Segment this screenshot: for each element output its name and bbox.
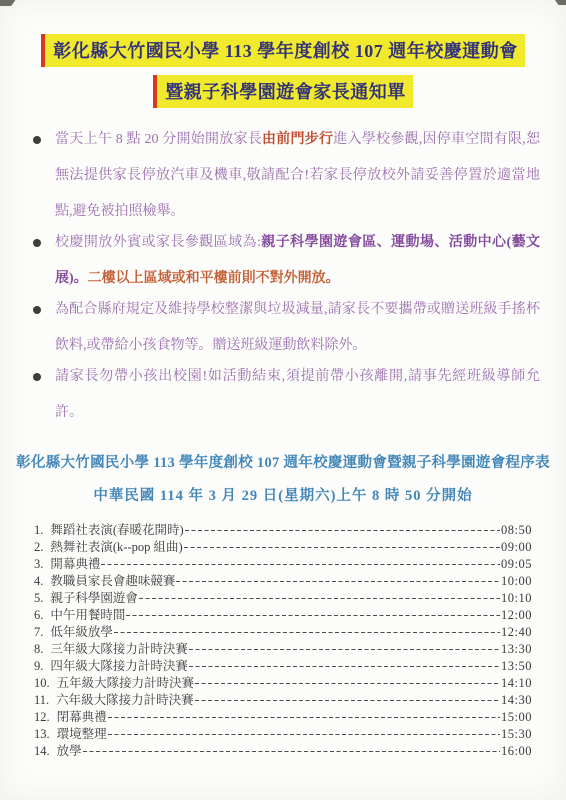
- schedule-row: 1.舞蹈社表演(春暖花開時)08:50: [34, 520, 532, 537]
- dash-leader: [195, 683, 500, 684]
- dash-leader: [83, 751, 500, 752]
- schedule-row: 4.教職員家長會趣味競賽10:00: [34, 571, 532, 588]
- page-title: 彰化縣大竹國民小學 113 學年度創校 107 週年校慶運動會: [41, 34, 525, 67]
- notice-item: 校慶開放外賓或家長參觀區域為:親子科學園遊會區、運動場、活動中心(藝文展)。二樓…: [33, 225, 540, 297]
- dash-leader: [139, 598, 500, 599]
- notice-header: 彰化縣大竹國民小學 113 學年度創校 107 週年校慶運動會 暨親子科學園遊會…: [0, 0, 566, 108]
- schedule-row: 5.親子科學園遊會10:10: [34, 588, 532, 605]
- title-line-2: 暨親子科學園遊會家長通知單: [0, 75, 566, 108]
- bullet-icon: [33, 373, 41, 381]
- schedule-row: 8.三年級大隊接力計時決賽13:30: [34, 639, 532, 656]
- schedule-row-number: 4.: [34, 574, 43, 589]
- program-title: 彰化縣大竹國民小學 113 學年度創校 107 週年校慶運動會暨親子科學園遊會程…: [0, 451, 566, 472]
- dash-leader: [114, 632, 500, 633]
- schedule-row-label: 五年級大隊接力計時決賽: [57, 673, 195, 691]
- schedule-row-label: 環境整理: [57, 724, 107, 742]
- schedule-row-number: 12.: [34, 710, 50, 725]
- notice-text-segment: 為配合縣府規定及維持學校整潔與垃圾減量,請家長不要攜帶或贈送班級手搖杯飲料,或帶…: [55, 302, 540, 353]
- dash-leader: [189, 666, 500, 667]
- dash-leader: [108, 717, 500, 718]
- bullet-icon: [33, 136, 41, 144]
- schedule-row-label: 中午用餐時間: [50, 605, 125, 623]
- schedule-row-number: 7.: [34, 625, 43, 640]
- schedule-row-time: 13:50: [501, 659, 532, 674]
- schedule-row-number: 3.: [34, 557, 43, 572]
- program-date: 中華民國 114 年 3 月 29 日(星期六)上午 8 時 50 分開始: [0, 484, 566, 505]
- dash-leader: [184, 547, 500, 548]
- schedule-row-time: 15:30: [501, 727, 532, 742]
- schedule-row-number: 5.: [34, 591, 43, 606]
- schedule-row-label: 親子科學園遊會: [50, 588, 138, 606]
- schedule-row-time: 14:30: [501, 693, 532, 708]
- notice-text-segment: 由前門步行: [262, 132, 333, 147]
- schedule-row-number: 1.: [34, 523, 43, 538]
- schedule-row: 11.六年級大隊接力計時決賽14:30: [34, 690, 532, 707]
- schedule-row-number: 6.: [34, 608, 43, 623]
- schedule-row-number: 8.: [34, 642, 43, 657]
- notice-text-segment: 當天上午 8 點 20 分開始開放家長: [55, 132, 262, 147]
- schedule-row-time: 12:00: [501, 608, 532, 623]
- schedule-row-time: 08:50: [501, 523, 532, 538]
- bullet-icon: [33, 239, 41, 247]
- schedule-row-number: 9.: [34, 659, 43, 674]
- schedule-row-label: 舞蹈社表演(春暖花開時): [50, 520, 183, 538]
- notice-item: 為配合縣府規定及維持學校整潔與垃圾減量,請家長不要攜帶或贈送班級手搖杯飲料,或帶…: [33, 292, 540, 364]
- dash-leader: [108, 734, 500, 735]
- schedule-row-label: 六年級大隊接力計時決賽: [56, 690, 194, 708]
- schedule-row-label: 開幕典禮: [50, 554, 100, 572]
- title-line-1: 彰化縣大竹國民小學 113 學年度創校 107 週年校慶運動會: [0, 34, 566, 67]
- schedule-row-number: 10.: [34, 676, 50, 691]
- notice-item: 當天上午 8 點 20 分開始開放家長由前門步行進入學校參觀,因停車空間有限,恕…: [33, 122, 540, 230]
- notice-page: 彰化縣大竹國民小學 113 學年度創校 107 週年校慶運動會 暨親子科學園遊會…: [0, 0, 566, 800]
- schedule-row: 13.環境整理15:30: [34, 724, 532, 741]
- schedule-row: 6.中午用餐時間12:00: [34, 605, 532, 622]
- bullet-icon: [33, 306, 41, 314]
- schedule-row-label: 熱舞社表演(k--pop 組曲): [50, 537, 182, 555]
- schedule-row-time: 14:10: [501, 676, 532, 691]
- schedule-row: 7.低年級放學12:40: [34, 622, 532, 639]
- schedule-row: 14.放學16:00: [34, 741, 532, 758]
- schedule-row-time: 12:40: [501, 625, 532, 640]
- schedule-row-label: 低年級放學: [50, 622, 113, 640]
- notice-item: 請家長勿帶小孩出校園!如活動結束,須提前帶小孩離開,請事先經班級導師允許。: [33, 359, 540, 431]
- schedule-row-label: 三年級大隊接力計時決賽: [50, 639, 188, 657]
- schedule-row-label: 教職員家長會趣味競賽: [50, 571, 175, 589]
- schedule-row-number: 14.: [34, 744, 50, 759]
- notice-text-segment: 請家長勿帶小孩出校園!如活動結束,須提前帶小孩離開,請事先經班級導師允許。: [55, 369, 540, 420]
- schedule-row-time: 09:05: [501, 557, 532, 572]
- dash-leader: [185, 530, 500, 531]
- schedule-row: 12.閉幕典禮15:00: [34, 707, 532, 724]
- schedule-row: 10.五年級大隊接力計時決賽14:10: [34, 673, 532, 690]
- schedule-row-label: 閉幕典禮: [57, 707, 107, 725]
- schedule-row-number: 2.: [34, 540, 43, 555]
- schedule-row-time: 13:30: [501, 642, 532, 657]
- notice-text-segment: 二樓以上區域或和平樓前則不對外開放。: [88, 271, 340, 286]
- notice-text-segment: 校慶開放外賓或家長參觀區域為:: [55, 235, 261, 250]
- schedule-row-number: 13.: [34, 727, 50, 742]
- schedule-row-label: 放學: [57, 741, 82, 759]
- schedule-row: 3.開幕典禮09:05: [34, 554, 532, 571]
- schedule-row-label: 四年級大隊接力計時決賽: [50, 656, 188, 674]
- schedule-row-time: 16:00: [501, 744, 532, 759]
- notice-list: 當天上午 8 點 20 分開始開放家長由前門步行進入學校參觀,因停車空間有限,恕…: [0, 122, 566, 431]
- dash-leader: [126, 615, 500, 616]
- schedule-row-time: 10:10: [501, 591, 532, 606]
- dash-leader: [101, 564, 500, 565]
- schedule-row: 2.熱舞社表演(k--pop 組曲)09:00: [34, 537, 532, 554]
- schedule-row-number: 11.: [34, 693, 49, 708]
- schedule-row: 9.四年級大隊接力計時決賽13:50: [34, 656, 532, 673]
- schedule-row-time: 10:00: [501, 574, 532, 589]
- dash-leader: [195, 700, 500, 701]
- page-subtitle: 暨親子科學園遊會家長通知單: [153, 75, 413, 108]
- schedule-row-time: 09:00: [501, 540, 532, 555]
- dash-leader: [189, 649, 500, 650]
- schedule-row-time: 15:00: [501, 710, 532, 725]
- dash-leader: [176, 581, 500, 582]
- program-schedule: 1.舞蹈社表演(春暖花開時)08:502.熱舞社表演(k--pop 組曲)09:…: [34, 520, 532, 758]
